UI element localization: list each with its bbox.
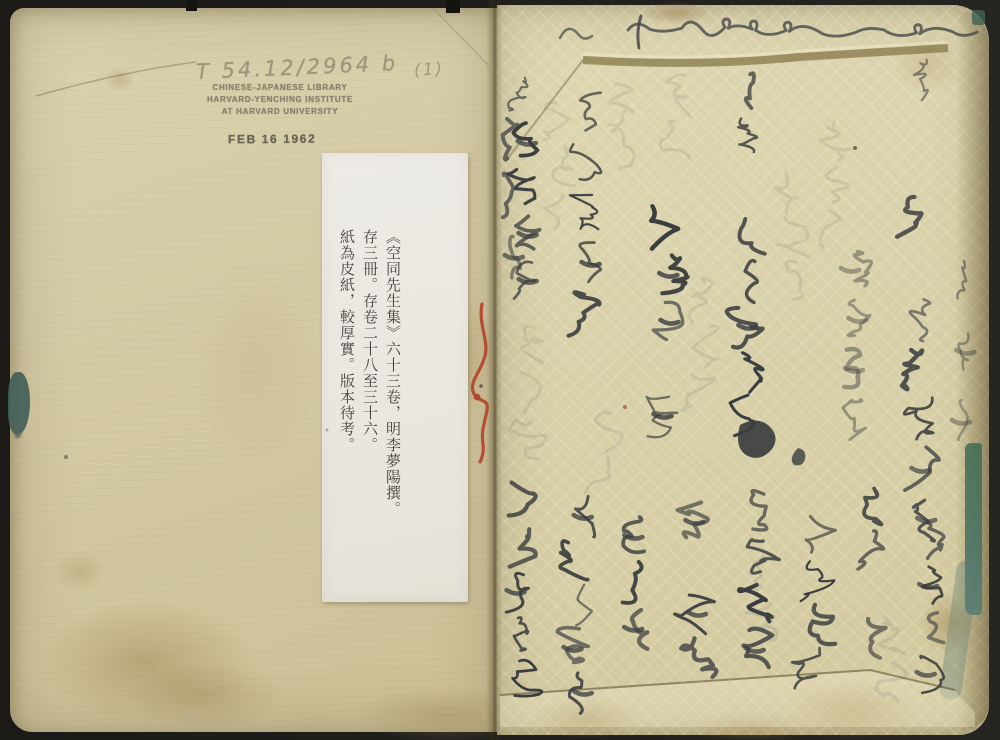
stamp-line: AT HARVARD UNIVERSITY xyxy=(170,106,390,118)
copy-number-note: (1) xyxy=(413,59,444,81)
label-text-column: 《空同先生集》六十三卷，明李夢陽撰。 xyxy=(381,229,404,669)
catalog-label: 《空同先生集》六十三卷，明李夢陽撰。 存三冊。存卷二十八至三十六。 紙為皮紙，較… xyxy=(322,153,468,602)
inside-cover-left-page: T 54.12/2964 b (1) CHINESE-JAPANESE LIBR… xyxy=(10,8,497,732)
book-edge-strip xyxy=(956,10,989,730)
book-scan-photo: T 54.12/2964 b (1) CHINESE-JAPANESE LIBR… xyxy=(0,0,1000,740)
stamp-line: CHINESE-JAPANESE LIBRARY xyxy=(170,82,390,94)
paper-stain xyxy=(38,600,253,725)
library-stamp: CHINESE-JAPANESE LIBRARY HARVARD-YENCHIN… xyxy=(170,82,390,118)
paper-stain xyxy=(190,258,320,468)
frame-notch xyxy=(186,0,197,11)
paper-stain xyxy=(105,66,135,92)
stamp-line: HARVARD-YENCHING INSTITUTE xyxy=(170,94,390,106)
label-text-column: 存三冊。存卷二十八至三十六。 xyxy=(358,229,381,669)
page-spine-shadow xyxy=(486,0,502,740)
front-cover-right-page xyxy=(497,5,989,735)
paper-stain xyxy=(54,550,106,592)
paper-stain xyxy=(128,660,283,732)
paper-texture-pattern xyxy=(497,5,989,735)
label-text-column: 紙為皮紙，較厚實。版本待考。 xyxy=(335,229,358,669)
date-stamp: FEB 16 1962 xyxy=(228,132,316,147)
frame-notch xyxy=(446,0,460,13)
catalog-label-text: 《空同先生集》六十三卷，明李夢陽撰。 存三冊。存卷二十八至三十六。 紙為皮紙，較… xyxy=(335,229,404,669)
